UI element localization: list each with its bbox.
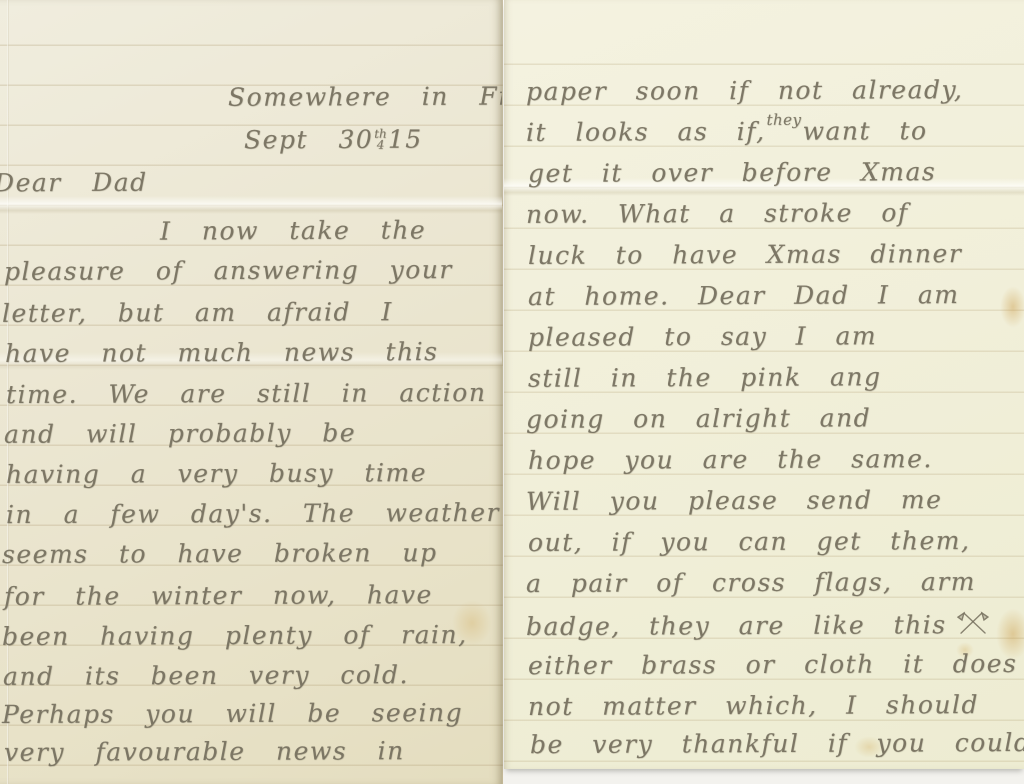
letter-line: for the winter now, have <box>4 582 433 609</box>
letter-line: a pair of cross flags, arm <box>526 569 976 596</box>
horizontal-crease <box>0 196 502 214</box>
heading-place: Somewhere in France <box>228 83 503 110</box>
letter-line-with-insertion: it looks as if,theywant to <box>526 118 928 145</box>
crossed-signal-flags-icon <box>957 610 989 640</box>
letter-line: get it over before Xmas <box>528 159 936 186</box>
letter-line: I now take the <box>160 217 426 243</box>
letter-line: going on alright and <box>526 405 871 432</box>
letter-line: been having plenty of rain, <box>2 622 468 649</box>
letter-line: be very thankful if you could <box>530 730 1024 757</box>
letter-line: luck to have Xmas dinner <box>528 241 962 268</box>
letter-line: not matter which, I should <box>528 692 979 719</box>
letter-line: paper soon if not already, <box>526 77 963 104</box>
letter-line: letter, but am afraid I <box>2 299 393 326</box>
letter-line: still in the pink ang <box>528 364 882 391</box>
letter-line: now. What a stroke of <box>526 200 909 227</box>
letter-line: in a few day's. The weather <box>6 500 500 527</box>
letter-line: have not much news this <box>5 339 439 366</box>
letter-scan: Somewhere in France Sept 30th415 Dear Da… <box>0 0 1024 784</box>
letter-line: at home. Dear Dad I am <box>528 282 960 309</box>
letter-line: and will probably be <box>4 420 356 447</box>
heading-date: Sept 30th415 <box>244 127 423 153</box>
letter-page-left: Somewhere in France Sept 30th415 Dear Da… <box>0 0 503 784</box>
letter-line: either brass or cloth it does <box>528 651 1017 678</box>
date-day: Sept 30 <box>244 125 373 155</box>
letter-line: seems to have broken up <box>2 540 438 567</box>
letter-line: pleasure of answering your <box>4 257 453 284</box>
letter-line-fragment: badge, they are like this <box>526 610 947 641</box>
letter-line: Will you please send me <box>526 487 942 514</box>
letter-line: out, if you can get them, <box>528 528 970 555</box>
letter-line: having a very busy time <box>6 460 427 487</box>
salutation: Dear Dad <box>0 170 148 196</box>
inserted-word: they <box>766 113 801 128</box>
letter-page-right: paper soon if not already, it looks as i… <box>504 0 1024 769</box>
letter-line: hope you are the same. <box>528 446 933 473</box>
date-year: 15 <box>388 125 423 154</box>
letter-line: and its been very cold. <box>3 662 409 689</box>
letter-line-fragment: it looks as if, <box>526 117 766 147</box>
letter-line: time. We are still in action <box>6 380 486 407</box>
letter-line: pleased to say I am <box>528 323 877 350</box>
paper-stain <box>1000 286 1024 328</box>
letter-line: Perhaps you will be seeing <box>2 700 463 727</box>
date-ordinal: th4 <box>374 129 387 151</box>
letter-line-fragment: want to <box>802 116 927 146</box>
letter-line-with-icon: badge, they are like this <box>526 610 989 642</box>
letter-line: very favourable news in <box>4 738 405 765</box>
